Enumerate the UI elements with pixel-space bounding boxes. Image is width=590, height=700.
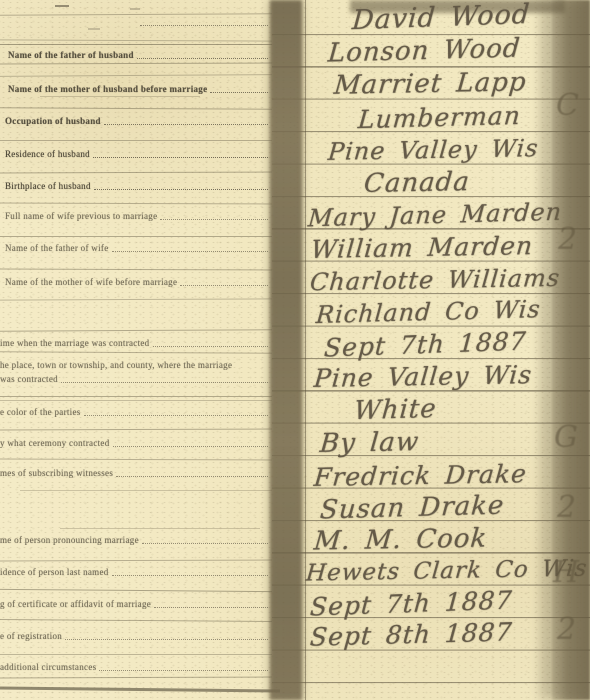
right-edge-smudge-band — [552, 0, 590, 700]
rule-line — [0, 13, 272, 15]
handwritten-entry: Fredrick Drake — [313, 459, 528, 492]
handwritten-entry: Richland Co Wis — [315, 295, 542, 329]
rule-line — [0, 429, 272, 431]
rule-line — [0, 172, 272, 174]
rule-line — [0, 39, 272, 41]
dotted-leader — [113, 446, 268, 447]
field-label: idence of person last named — [0, 567, 109, 577]
form-field-row: g of certificate or affidavit of marriag… — [0, 597, 268, 609]
dotted-leader — [210, 92, 268, 93]
dotted-leader — [112, 575, 268, 576]
form-field-row: me of person pronouncing marriage — [0, 533, 268, 545]
field-label: Occupation of husband — [5, 116, 101, 126]
form-field-row: e of registration — [0, 629, 268, 641]
handwritten-entry: Sept 8th 1887 — [309, 617, 514, 651]
rule-line — [0, 677, 272, 679]
form-field-row: he place, town or township, and county, … — [0, 358, 268, 370]
form-field-row: Name of the mother of wife before marria… — [5, 275, 268, 287]
rule-line — [0, 560, 272, 562]
form-field-row: Occupation of husband — [5, 114, 268, 126]
field-label: Name of the mother of husband before mar… — [8, 84, 207, 94]
dotted-leader — [116, 476, 268, 477]
rule-line — [0, 329, 272, 331]
fold-shadow-band — [270, 0, 302, 700]
handwritten-entry: Marriet Lapp — [333, 67, 528, 100]
rule-line — [0, 396, 272, 397]
handwritten-entry: Lonson Wood — [327, 33, 522, 68]
field-label: was contracted — [0, 374, 58, 384]
rule-line — [0, 140, 272, 141]
dotted-leader — [93, 157, 268, 158]
field-label: g of certificate or affidavit of marriag… — [0, 599, 151, 609]
dotted-leader — [112, 251, 268, 252]
field-label: me of person pronouncing marriage — [0, 535, 139, 545]
form-field-row: Full name of wife previous to marriage — [5, 209, 268, 221]
handwritten-entry: White — [353, 394, 438, 426]
scanned-document-page: Name of the father of husband Name of th… — [0, 0, 590, 700]
field-label: Birthplace of husband — [5, 181, 91, 191]
dotted-leader — [99, 670, 268, 671]
ink-mark — [55, 5, 69, 7]
field-label: Name of the mother of wife before marria… — [5, 277, 177, 287]
rule-line — [40, 96, 200, 97]
form-field-row-line2: was contracted — [0, 372, 268, 384]
form-field-row: y what ceremony contracted — [0, 436, 268, 448]
form-field-row: ime when the marriage was contracted — [0, 336, 268, 348]
rule-line — [0, 236, 272, 237]
form-field-row: Residence of husband — [5, 147, 268, 159]
rule-line — [0, 589, 272, 592]
form-field-row: idence of person last named — [0, 565, 268, 577]
dotted-leader — [154, 607, 268, 608]
dotted-leader — [140, 24, 268, 26]
dotted-leader — [61, 382, 268, 383]
rule-line — [0, 203, 272, 205]
rule-line — [0, 351, 272, 353]
rule-line — [0, 44, 272, 45]
column-divider-line — [305, 0, 306, 700]
dotted-leader — [137, 58, 268, 59]
handwritten-entry: Pine Valley Wis — [327, 134, 540, 166]
field-label: Full name of wife previous to marriage — [5, 211, 157, 221]
handwritten-entry: David Wood — [351, 0, 531, 36]
field-label: ime when the marriage was contracted — [0, 338, 150, 348]
handwritten-entry: Lumberman — [357, 101, 522, 134]
handwritten-entry: M. M. Cook — [313, 523, 489, 556]
rule-line — [0, 298, 272, 300]
ink-mark — [88, 28, 100, 30]
rule-line — [0, 459, 272, 461]
handwritten-entry: Charlotte Williams — [309, 264, 562, 296]
rule-line — [0, 687, 280, 693]
dotted-leader — [65, 639, 268, 640]
rule-line — [0, 400, 272, 401]
field-label: Name of the father of husband — [8, 50, 134, 60]
form-field-row: Name of the father of wife — [5, 241, 268, 253]
form-field-row: additional circumstances — [0, 660, 268, 672]
dotted-leader — [104, 124, 268, 125]
rule-line — [0, 63, 272, 65]
dotted-leader — [160, 219, 268, 220]
field-label: additional circumstances — [0, 662, 96, 672]
field-label: e color of the parties — [0, 407, 81, 417]
form-field-row: Name of the father of husband — [8, 48, 268, 60]
field-label: e of registration — [0, 631, 62, 641]
rule-line — [20, 490, 272, 491]
dotted-leader — [180, 285, 268, 286]
field-label: mes of subscribing witnesses — [0, 468, 113, 478]
dotted-leader — [153, 346, 269, 347]
rule-line — [60, 528, 260, 529]
form-field-row: e color of the parties — [0, 405, 268, 417]
form-field-row: mes of subscribing witnesses — [0, 466, 268, 478]
field-label: he place, town or township, and county, … — [0, 360, 232, 370]
rule-line — [0, 619, 272, 622]
handwritten-entry: Pine Valley Wis — [313, 360, 534, 393]
field-label: y what ceremony contracted — [0, 438, 110, 448]
form-field-row: Name of the mother of husband before mar… — [8, 82, 268, 94]
handwritten-entry: Canada — [363, 167, 471, 199]
handwritten-entry: By law — [319, 427, 421, 459]
rule-line — [0, 654, 272, 655]
rule-line — [0, 107, 272, 109]
rule-line — [0, 269, 272, 271]
field-label: Residence of husband — [5, 149, 90, 159]
handwritten-entry: William Marden — [310, 231, 535, 264]
dotted-leader — [142, 543, 268, 544]
dotted-leader — [84, 415, 268, 416]
form-field-row: Birthplace of husband — [5, 179, 268, 191]
field-label: Name of the father of wife — [5, 243, 109, 253]
rule-line — [0, 74, 272, 77]
handwritten-entry: Susan Drake — [319, 491, 506, 526]
ink-mark — [130, 8, 140, 10]
dotted-leader — [94, 189, 268, 190]
